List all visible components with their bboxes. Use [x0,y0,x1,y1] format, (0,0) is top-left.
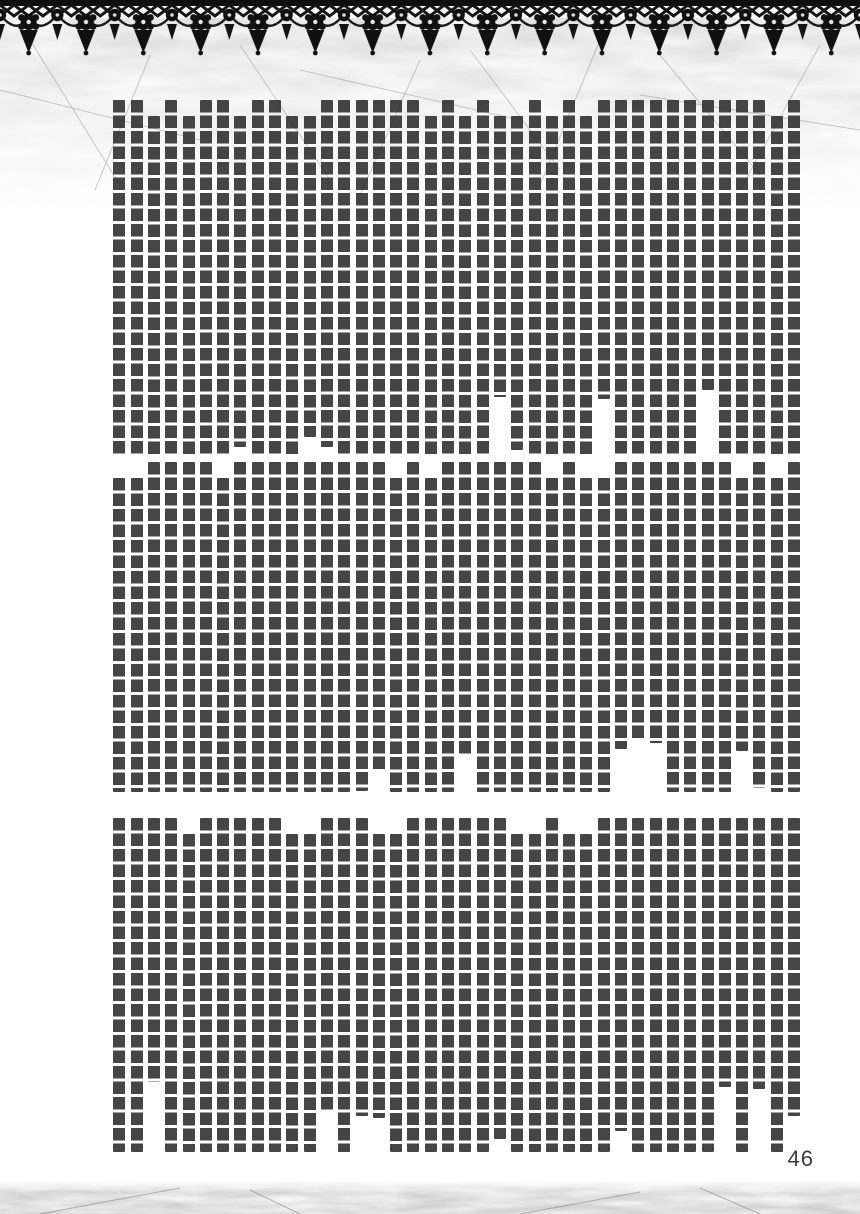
redacted-text-column [304,462,316,792]
redacted-text-column [788,100,800,456]
redacted-text-column [563,462,575,792]
redacted-text-column [477,462,489,792]
redacted-text-column [459,462,471,756]
redacted-text-column [580,116,592,456]
redacted-text-column [321,818,333,1110]
lace-border-ornament [0,0,860,58]
redacted-text-column [684,100,696,456]
redacted-text-column [598,478,610,792]
redacted-text-column [753,818,765,1089]
redacted-text-column [407,100,419,456]
redacted-text-column [736,818,748,1152]
redacted-text-column [183,462,195,792]
redacted-text-column [269,818,281,1152]
redacted-text-column [390,834,402,1152]
redacted-text-column [217,478,229,792]
redacted-text-column [494,116,506,397]
redacted-text-column [667,462,679,792]
redacted-text-column [615,818,627,1131]
redacted-text-column [442,818,454,1152]
redacted-text-column [546,478,558,792]
page-number: 46 [788,1146,814,1172]
redacted-text-column [529,100,541,456]
redacted-text-column [719,462,731,792]
redacted-text-column [131,478,143,792]
redacted-text-column [252,818,264,1152]
redacted-text-column [252,100,264,456]
redacted-text-column [286,116,298,456]
redacted-text-column [632,818,644,1152]
redacted-text-column [165,462,177,792]
redacted-text-column [234,818,246,1152]
redacted-text-column [200,462,212,792]
redacted-text-column [217,100,229,456]
redacted-text-column [771,116,783,456]
redacted-text-column [234,462,246,792]
redacted-text-column [771,818,783,1152]
redacted-text-column [165,818,177,1152]
redacted-text-column [771,478,783,792]
redacted-text-column [650,100,662,456]
redacted-text-column [304,834,316,1152]
redacted-text-column [615,100,627,456]
redacted-text-column [148,818,160,1082]
redacted-text-column [165,100,177,456]
redacted-text-column [477,818,489,1152]
redacted-text-column [338,100,350,456]
redacted-text-column [338,818,350,1152]
redacted-text-column [459,116,471,456]
redacted-text-column [286,462,298,792]
redacted-text-column [459,818,471,1152]
redacted-text-column [131,818,143,1152]
redacted-text-column [736,478,748,751]
redacted-text-column [753,100,765,456]
redacted-text-column [442,462,454,792]
redacted-text-column [684,818,696,1152]
redacted-text-column [321,462,333,792]
paper-grunge-bottom-texture [0,1180,860,1214]
redacted-text-column [356,100,368,456]
redacted-text-column [338,462,350,792]
redacted-text-column [304,116,316,437]
redacted-text-column [269,462,281,792]
redacted-text-column [269,100,281,456]
redacted-text-column [650,462,662,743]
redacted-text-column [183,834,195,1152]
redacted-text-column [425,818,437,1152]
vertical-text-band-3 [100,818,800,1152]
redacted-text-column [131,100,143,456]
redacted-text-column [407,462,419,792]
redacted-text-column [563,100,575,456]
redacted-text-column [356,818,368,1116]
redacted-text-column [632,100,644,456]
redacted-text-column [425,116,437,456]
redacted-text-column [632,462,644,740]
redacted-text-column [373,834,385,1118]
redacted-text-column [113,100,125,456]
redacted-text-column [252,462,264,792]
redacted-text-column [719,818,731,1087]
redacted-text-column [148,462,160,792]
redacted-text-column [511,462,523,792]
vertical-text-band-2 [100,462,800,792]
redacted-text-column [702,462,714,792]
redacted-text-column [529,834,541,1152]
redacted-text-column [580,834,592,1152]
redacted-text-column [788,818,800,1116]
redacted-text-column [183,116,195,456]
redacted-text-column [546,818,558,1152]
redacted-text-column [286,834,298,1152]
redacted-text-column [719,100,731,456]
redacted-text-column [148,116,160,456]
redacted-text-column [667,100,679,456]
redacted-text-column [529,462,541,792]
redacted-text-column [580,478,592,792]
redacted-text-column [356,462,368,791]
scanned-page: 46 [0,0,860,1214]
redacted-text-column [563,834,575,1152]
redacted-text-column [753,462,765,788]
redacted-text-column [546,116,558,456]
redacted-text-column [702,100,714,390]
redacted-text-column [425,478,437,792]
redacted-text-column [615,462,627,749]
redacted-text-column [113,478,125,792]
redacted-text-column [442,100,454,456]
redacted-text-column [200,100,212,456]
redacted-text-column [598,100,610,399]
redacted-text-column [511,116,523,450]
redacted-text-column [200,818,212,1152]
redacted-text-column [650,818,662,1152]
redacted-text-column [373,462,385,772]
redacted-text-column [113,818,125,1152]
redacted-text-column [390,100,402,456]
redacted-text-column [321,100,333,447]
redacted-text-column [477,100,489,456]
redacted-text-column [511,834,523,1152]
redacted-text-column [494,462,506,792]
redacted-text-column [234,116,246,447]
redacted-text-column [407,818,419,1152]
paper-grunge-bottom [0,1180,860,1214]
redacted-text-column [702,818,714,1152]
redacted-text-column [684,462,696,792]
redacted-text-column [373,100,385,456]
redacted-text-column [667,818,679,1152]
redacted-text-column [788,462,800,792]
redacted-text-column [494,818,506,1139]
vertical-text-band-1 [100,100,800,456]
redacted-text-column [736,100,748,456]
redacted-text-column [598,818,610,1152]
redacted-text-column [390,478,402,792]
redacted-text-column [217,818,229,1152]
